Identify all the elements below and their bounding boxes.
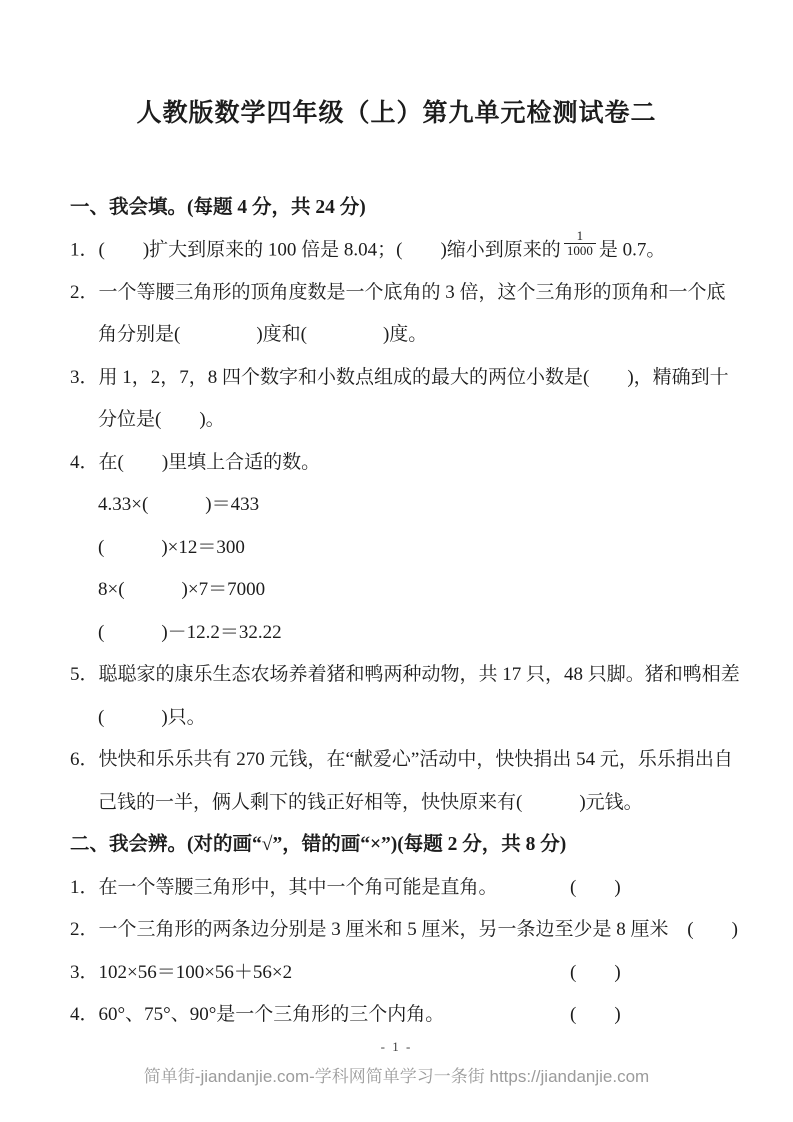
question-4-equation-1: 4.33×( )＝433	[70, 484, 745, 527]
fraction-numerator: 1	[564, 229, 596, 243]
tf-question-1-text: 1．在一个等腰三角形中，其中一个角可能是直角。	[70, 877, 498, 898]
tf-question-1-answer-bracket: ( )	[570, 867, 621, 910]
page-number: - 1 -	[0, 1039, 793, 1055]
tf-question-4-answer-bracket: ( )	[570, 994, 621, 1037]
section-1-heading: 一、我会填。(每题 4 分，共 24 分)	[70, 187, 745, 230]
question-4-equation-2: ( )×12＝300	[70, 527, 745, 570]
question-4-line-1: 4．在( )里填上合适的数。	[70, 442, 745, 485]
question-1-text-before: 1．( )扩大到原来的 100 倍是 8.04；( )缩小到原来的	[70, 239, 561, 260]
fraction-1-1000: 11000	[564, 229, 596, 259]
question-5-line-2: ( )只。	[70, 697, 745, 740]
footer-watermark: 简单街-jiandanjie.com-学科网简单学习一条街 https://ji…	[0, 1062, 793, 1087]
question-4-equation-4: ( )－12.2＝32.22	[70, 612, 745, 655]
question-4-equation-3: 8×( )×7＝7000	[70, 569, 745, 612]
question-1-text-after: 是 0.7。	[599, 239, 666, 260]
question-6-line-1: 6．快快和乐乐共有 270 元钱，在“献爱心”活动中，快快捐出 54 元，乐乐捐…	[70, 739, 745, 782]
question-2-line-1: 2．一个等腰三角形的顶角度数是一个底角的 3 倍，这个三角形的顶角和一个底	[70, 272, 745, 315]
tf-question-2-text: 2．一个三角形的两条边分别是 3 厘米和 5 厘米，另一条边至少是 8 厘米	[70, 919, 669, 940]
tf-question-3-answer-bracket: ( )	[570, 952, 621, 995]
page-title: 人教版数学四年级（上）第九单元检测试卷二	[0, 0, 793, 131]
tf-question-3: 3．102×56＝100×56＋56×2 ( )	[70, 952, 745, 995]
tf-question-3-text: 3．102×56＝100×56＋56×2	[70, 962, 292, 983]
paper-content: 一、我会填。(每题 4 分，共 24 分) 1．( )扩大到原来的 100 倍是…	[70, 187, 745, 1037]
section-2-heading: 二、我会辨。(对的画“√”，错的画“×”)(每题 2 分，共 8 分)	[70, 824, 745, 867]
tf-question-4-text: 4．60°、75°、90°是一个三角形的三个内角。	[70, 1004, 444, 1025]
question-6-line-2: 己钱的一半，俩人剩下的钱正好相等，快快原来有( )元钱。	[70, 782, 745, 825]
question-2-line-2: 角分别是( )度和( )度。	[70, 314, 745, 357]
question-1: 1．( )扩大到原来的 100 倍是 8.04；( )缩小到原来的11000是 …	[70, 229, 745, 272]
question-3-line-2: 分位是( )。	[70, 399, 745, 442]
tf-question-2: 2．一个三角形的两条边分别是 3 厘米和 5 厘米，另一条边至少是 8 厘米 (…	[70, 909, 745, 952]
tf-question-4: 4．60°、75°、90°是一个三角形的三个内角。 ( )	[70, 994, 745, 1037]
question-5-line-1: 5．聪聪家的康乐生态农场养着猪和鸭两种动物，共 17 只，48 只脚。猪和鸭相差	[70, 654, 745, 697]
test-paper-page: 人教版数学四年级（上）第九单元检测试卷二 一、我会填。(每题 4 分，共 24 …	[0, 0, 793, 1122]
fraction-denominator: 1000	[564, 243, 596, 258]
tf-question-1: 1．在一个等腰三角形中，其中一个角可能是直角。 ( )	[70, 867, 745, 910]
question-3-line-1: 3．用 1，2，7，8 四个数字和小数点组成的最大的两位小数是( )，精确到十	[70, 357, 745, 400]
tf-question-2-answer-bracket: ( )	[687, 919, 738, 940]
